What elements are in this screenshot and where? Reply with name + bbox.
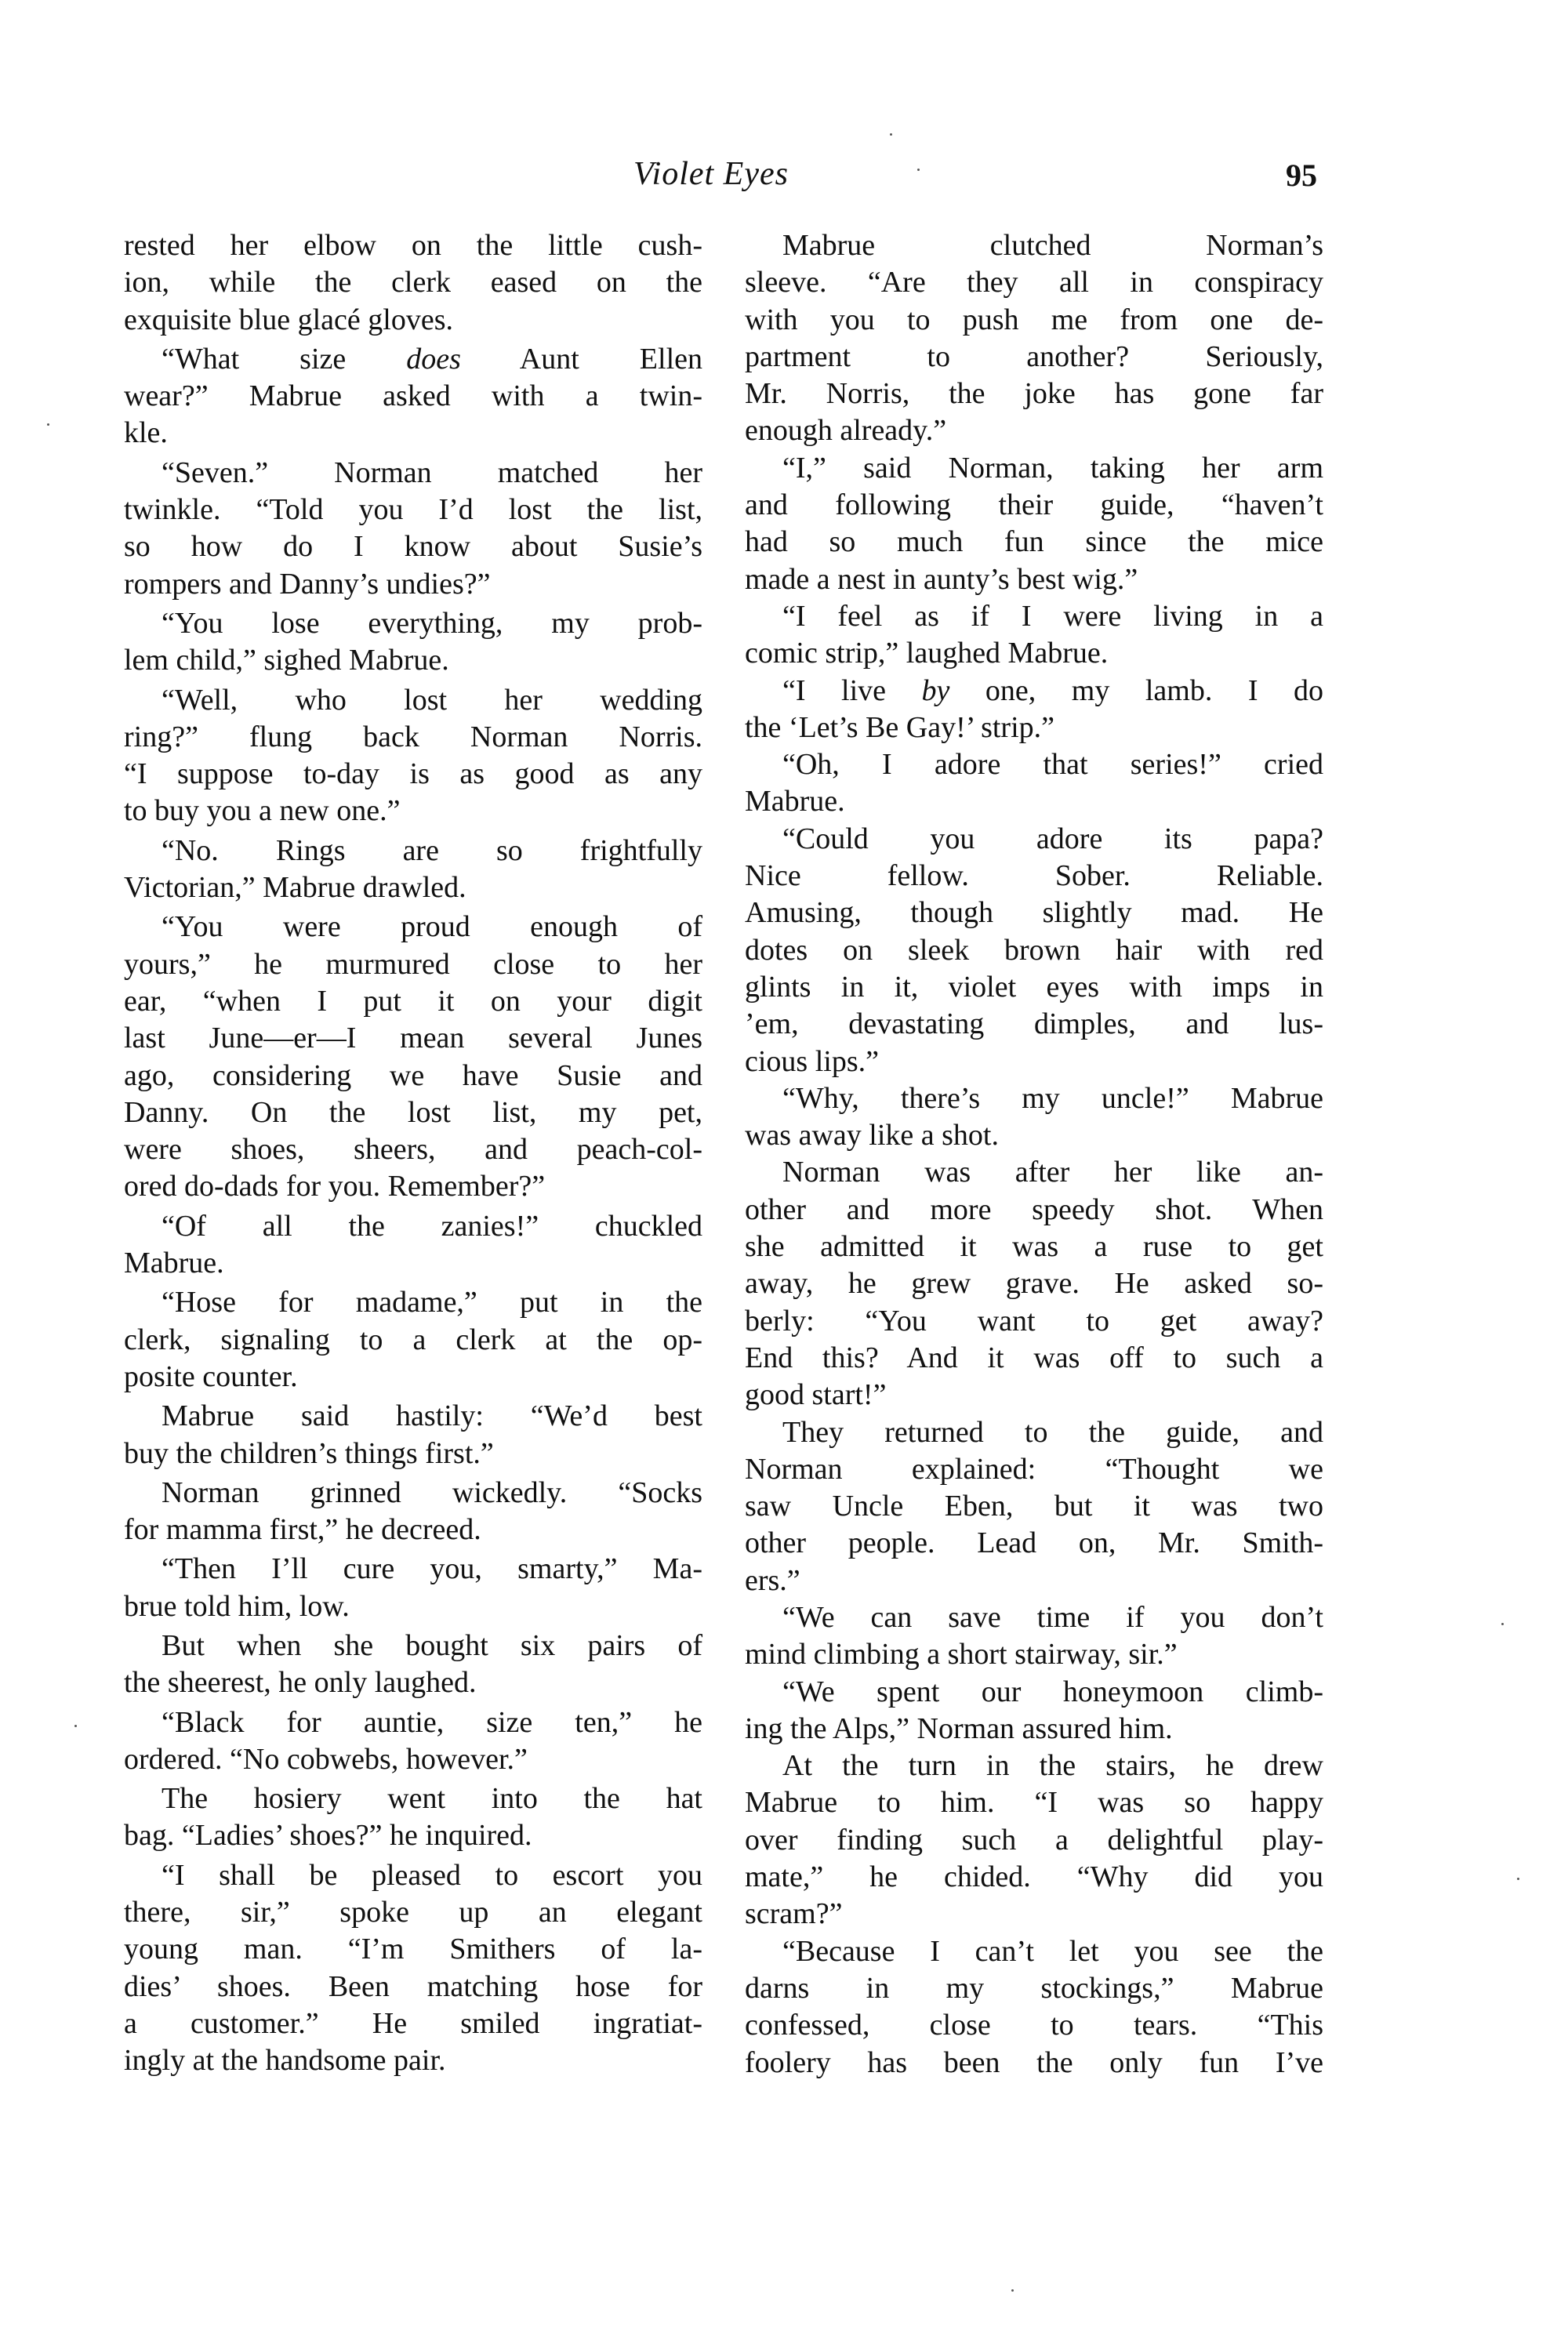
text-line: Amusing, though slightly mad. He xyxy=(745,895,1323,931)
text-line: Mabrue. xyxy=(124,1245,702,1282)
text-line: ored do-dads for you. Remember?” xyxy=(124,1168,702,1205)
text-line: “I shall be pleased to escort you xyxy=(124,1857,702,1894)
text-line: twinkle. “Told you I’d lost the list, xyxy=(124,492,702,528)
text-line: last June—er—I mean several Junes xyxy=(124,1020,702,1057)
text-line: “We can save time if you don’t xyxy=(745,1599,1323,1636)
text-line: the ‘Let’s Be Gay!’ strip.” xyxy=(745,710,1323,746)
text-line: partment to another? Seriously, xyxy=(745,339,1323,376)
text-line: “Why, there’s my uncle!” Mabrue xyxy=(745,1080,1323,1117)
text-line: ago, considering we have Susie and xyxy=(124,1058,702,1094)
text-line: had so much fun since the mice xyxy=(745,524,1323,561)
text-line: dotes on sleek brown hair with red xyxy=(745,932,1323,969)
text-line: “Hose for madame,” put in the xyxy=(124,1284,702,1321)
text-line: “No. Rings are so frightfully xyxy=(124,833,702,869)
text-line: ingly at the handsome pair. xyxy=(124,2042,702,2079)
text-line: “I,” said Norman, taking her arm xyxy=(745,450,1323,487)
text-line: yours,” he murmured close to her xyxy=(124,946,702,983)
text-line: Victorian,” Mabrue drawled. xyxy=(124,869,702,906)
text-line: ion, while the clerk eased on the xyxy=(124,264,702,301)
text-line: mate,” he chided. “Why did you xyxy=(745,1859,1323,1896)
text-line: other people. Lead on, Mr. Smith- xyxy=(745,1525,1323,1562)
text-line: “I feel as if I were living in a xyxy=(745,598,1323,635)
text-line: sleeve. “Are they all in conspiracy xyxy=(745,264,1323,301)
text-line: the sheerest, he only laughed. xyxy=(124,1664,702,1701)
text-line: “Then I’ll cure you, smarty,” Ma- xyxy=(124,1551,702,1588)
scan-speck xyxy=(1011,2289,1014,2292)
text-line: “We spent our honeymoon climb- xyxy=(745,1674,1323,1711)
text-line: and following their guide, “haven’t xyxy=(745,487,1323,524)
text-line: foolery has been the only fun I’ve xyxy=(745,2045,1323,2082)
text-line: “I live by one, my lamb. I do xyxy=(745,673,1323,710)
text-line: to buy you a new one.” xyxy=(124,793,702,829)
text-line: away, he grew grave. He asked so- xyxy=(745,1265,1323,1302)
scan-speck xyxy=(1501,1623,1504,1625)
text-line: Danny. On the lost list, my pet, xyxy=(124,1094,702,1131)
text-line: “You lose everything, my prob- xyxy=(124,605,702,642)
running-head: Violet Eyes 95 xyxy=(0,155,1568,199)
text-line: Mr. Norris, the joke has gone far xyxy=(745,376,1323,412)
text-line: posite counter. xyxy=(124,1359,702,1396)
text-line: other and more speedy shot. When xyxy=(745,1192,1323,1229)
text-line: But when she bought six pairs of xyxy=(124,1628,702,1664)
text-line: “You were proud enough of xyxy=(124,909,702,946)
scan-speck xyxy=(74,1725,77,1727)
text-line: dies’ shoes. Been matching hose for xyxy=(124,1969,702,2005)
text-line: darns in my stockings,” Mabrue xyxy=(745,1970,1323,2007)
scan-speck xyxy=(1517,1878,1519,1880)
text-line: glints in it, violet eyes with imps in xyxy=(745,969,1323,1006)
text-line: was away like a shot. xyxy=(745,1117,1323,1154)
running-head-title: Violet Eyes xyxy=(633,155,789,193)
text-line: Norman was after her like an- xyxy=(745,1154,1323,1191)
text-line: buy the children’s things first.” xyxy=(124,1436,702,1472)
text-line: she admitted it was a ruse to get xyxy=(745,1229,1323,1265)
italic-emphasis: by xyxy=(922,674,950,707)
text-line: “Well, who lost her wedding xyxy=(124,682,702,719)
text-line: kle. xyxy=(124,415,702,452)
scan-speck xyxy=(917,169,920,171)
text-line: confessed, close to tears. “This xyxy=(745,2007,1323,2044)
text-line: ers.” xyxy=(745,1563,1323,1599)
text-line: good start!” xyxy=(745,1377,1323,1414)
text-line: Norman grinned wickedly. “Socks xyxy=(124,1475,702,1512)
text-line: were shoes, sheers, and peach-col- xyxy=(124,1131,702,1168)
text-line: Nice fellow. Sober. Reliable. xyxy=(745,858,1323,895)
text-line: ’em, devastating dimples, and lus- xyxy=(745,1006,1323,1043)
text-line: End this? And it was off to such a xyxy=(745,1340,1323,1377)
text-line: At the turn in the stairs, he drew xyxy=(745,1748,1323,1784)
page-number: 95 xyxy=(1286,157,1317,194)
text-line: Mabrue clutched Norman’s xyxy=(745,227,1323,264)
text-line: clerk, signaling to a clerk at the op- xyxy=(124,1322,702,1359)
text-line: They returned to the guide, and xyxy=(745,1414,1323,1451)
text-line: a customer.” He smiled ingratiat- xyxy=(124,2005,702,2042)
text-line: Norman explained: “Thought we xyxy=(745,1451,1323,1488)
left-text-column: rested her elbow on the little cush-ion,… xyxy=(124,227,702,2080)
text-line: berly: “You want to get away? xyxy=(745,1303,1323,1340)
text-line: for mamma first,” he decreed. xyxy=(124,1512,702,1548)
text-line: scram?” xyxy=(745,1896,1323,1933)
text-line: with you to push me from one de- xyxy=(745,302,1323,339)
text-line: Mabrue to him. “I was so happy xyxy=(745,1784,1323,1821)
text-line: wear?” Mabrue asked with a twin- xyxy=(124,378,702,415)
text-line: ordered. “No cobwebs, however.” xyxy=(124,1741,702,1778)
text-line: saw Uncle Eben, but it was two xyxy=(745,1488,1323,1525)
text-line: “Seven.” Norman matched her xyxy=(124,455,702,492)
text-line: rompers and Danny’s undies?” xyxy=(124,566,702,603)
text-line: “What size does Aunt Ellen xyxy=(124,341,702,378)
text-line: The hosiery went into the hat xyxy=(124,1780,702,1817)
text-line: comic strip,” laughed Mabrue. xyxy=(745,635,1323,672)
text-line: cious lips.” xyxy=(745,1044,1323,1080)
right-text-column: Mabrue clutched Norman’ssleeve. “Are the… xyxy=(745,227,1323,2082)
text-line: ing the Alps,” Norman assured him. xyxy=(745,1711,1323,1748)
text-line: exquisite blue glacé gloves. xyxy=(124,302,702,339)
text-line: “Could you adore its papa? xyxy=(745,821,1323,858)
text-line: mind climbing a short stairway, sir.” xyxy=(745,1636,1323,1673)
text-line: Mabrue. xyxy=(745,783,1323,820)
text-line: made a nest in aunty’s best wig.” xyxy=(745,561,1323,598)
text-line: “Of all the zanies!” chuckled xyxy=(124,1208,702,1245)
text-line: “Because I can’t let you see the xyxy=(745,1933,1323,1970)
text-line: “Black for auntie, size ten,” he xyxy=(124,1704,702,1741)
text-line: rested her elbow on the little cush- xyxy=(124,227,702,264)
text-line: young man. “I’m Smithers of la- xyxy=(124,1931,702,1968)
text-line: lem child,” sighed Mabrue. xyxy=(124,642,702,679)
text-line: over finding such a delightful play- xyxy=(745,1822,1323,1859)
book-page: Violet Eyes 95 rested her elbow on the l… xyxy=(0,0,1568,2352)
text-line: ring?” flung back Norman Norris. xyxy=(124,719,702,756)
text-line: “Oh, I adore that series!” cried xyxy=(745,746,1323,783)
scan-speck xyxy=(890,133,892,136)
text-line: “I suppose to-day is as good as any xyxy=(124,756,702,793)
text-line: ear, “when I put it on your digit xyxy=(124,983,702,1020)
italic-emphasis: does xyxy=(406,343,461,376)
text-line: Mabrue said hastily: “We’d best xyxy=(124,1398,702,1435)
text-line: brue told him, low. xyxy=(124,1588,702,1625)
text-line: so how do I know about Susie’s xyxy=(124,528,702,565)
text-line: enough already.” xyxy=(745,412,1323,449)
text-line: bag. “Ladies’ shoes?” he inquired. xyxy=(124,1817,702,1854)
scan-speck xyxy=(47,423,49,426)
text-line: there, sir,” spoke up an elegant xyxy=(124,1894,702,1931)
